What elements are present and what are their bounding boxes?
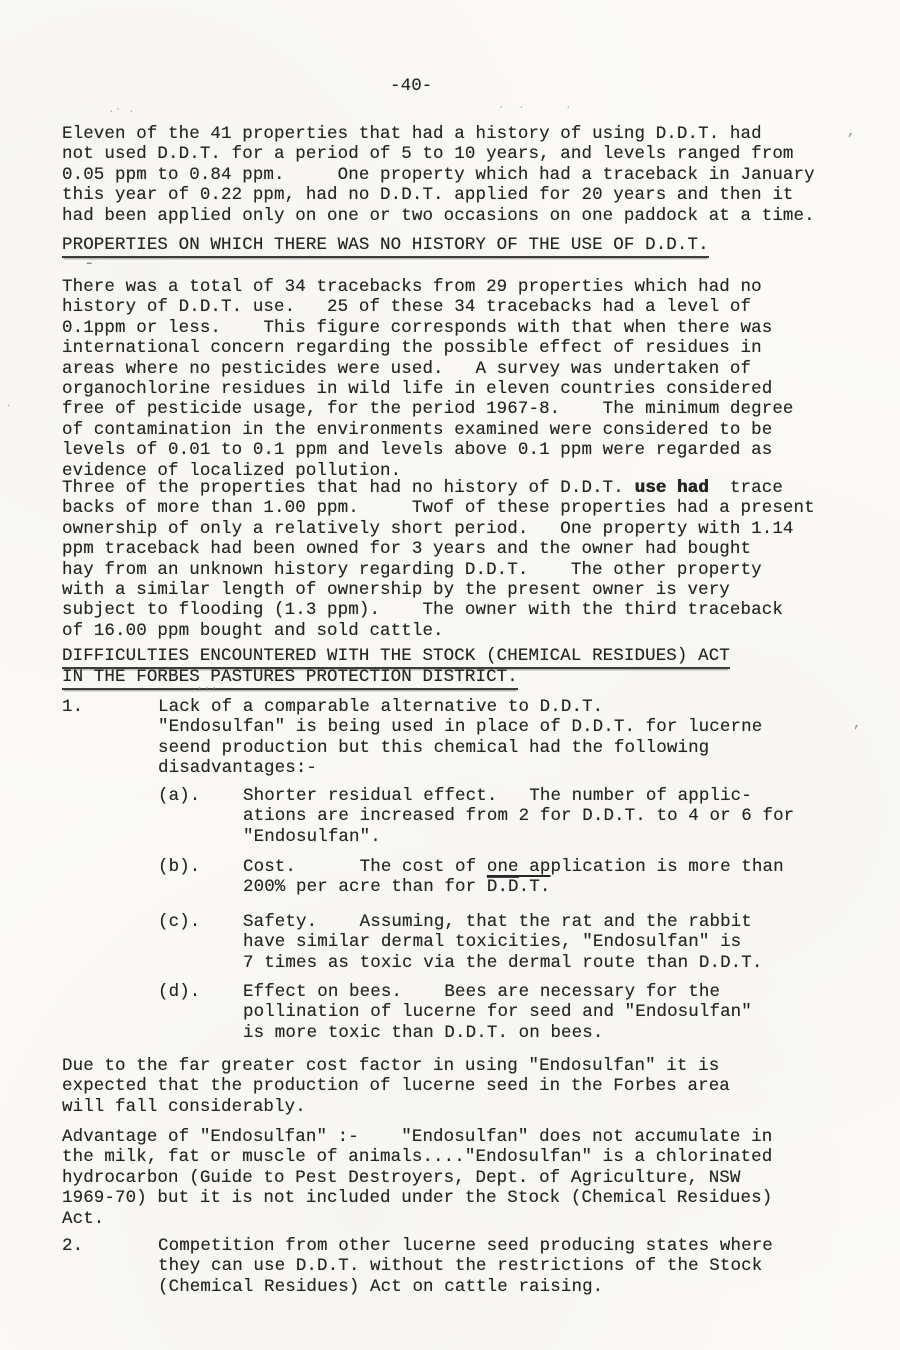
sub-item-d-body: Effect on bees. Bees are necessary for t… xyxy=(243,982,752,1043)
list-item-2-body: Competition from other lucerne seed prod… xyxy=(158,1236,773,1297)
section-heading-difficulties-line1-text: DIFFICULTIES ENCOUNTERED WITH THE STOCK … xyxy=(62,646,730,669)
section-heading-difficulties-line1: DIFFICULTIES ENCOUNTERED WITH THE STOCK … xyxy=(62,646,730,666)
section-heading-no-history: PROPERTIES ON WHICH THERE WAS NO HISTORY… xyxy=(62,235,709,255)
sub-item-b-label: (b). xyxy=(158,857,200,877)
paragraph-three-properties-rest: backs of more than 1.00 ppm. Twof of the… xyxy=(62,498,815,640)
overstruck-words: use had xyxy=(635,478,709,498)
paragraph-endosulfan-advantage: Advantage of "Endosulfan" :- "Endosulfan… xyxy=(62,1127,772,1229)
sub-item-a-body: Shorter residual effect. The number of a… xyxy=(243,786,794,847)
scan-tick-right-mid: ’ xyxy=(852,722,861,742)
scan-dots-top-right: . . . xyxy=(498,96,572,116)
sub-item-c-label: (c). xyxy=(158,912,200,932)
section-heading-difficulties-line2-text: IN THE FORBES PASTURES PROTECTION DISTRI… xyxy=(62,667,518,690)
stray-dash-mark: - xyxy=(84,254,95,274)
sub-item-c-body: Safety. Assuming, that the rat and the r… xyxy=(243,912,762,973)
sub-item-b-cost-text: Cost. The cost of xyxy=(243,857,487,877)
scan-dot-left-edge: · xyxy=(5,396,12,416)
underlined-word-one: one xyxy=(487,857,519,878)
scan-dots-above-item1: ···˙ xyxy=(196,678,225,698)
paragraph-three-properties: Three of the properties that had no hist… xyxy=(62,478,815,641)
section-heading-no-history-text: PROPERTIES ON WHICH THERE WAS NO HISTORY… xyxy=(62,235,709,258)
paragraph-tracebacks-survey: There was a total of 34 tracebacks from … xyxy=(62,277,794,481)
scan-tick-right-top: ’ xyxy=(846,130,855,150)
scan-dots-top-left: .· . xyxy=(108,100,135,120)
list-item-2-number: 2. xyxy=(62,1236,83,1256)
section-heading-difficulties-line2: IN THE FORBES PASTURES PROTECTION DISTRI… xyxy=(62,667,518,687)
scanned-document-page: -40- Eleven of the 41 properties that ha… xyxy=(0,0,900,1350)
paragraph-ddt-usage-history: Eleven of the 41 properties that had a h… xyxy=(62,124,815,226)
list-item-1-body: Lack of a comparable alternative to D.D.… xyxy=(158,697,762,779)
paragraph-three-properties-linebreak: trace xyxy=(709,478,783,498)
sub-item-a-label: (a). xyxy=(158,786,200,806)
overlined-ddt: D.D.T. xyxy=(487,877,551,897)
sub-item-d-label: (d). xyxy=(158,982,200,1002)
paragraph-cost-factor: Due to the far greater cost factor in us… xyxy=(62,1056,730,1117)
list-item-1-number: 1. xyxy=(62,697,83,717)
page-number: -40- xyxy=(390,76,432,96)
sub-item-b-body: Cost. The cost of one application is mor… xyxy=(243,857,784,898)
paragraph-three-properties-start: Three of the properties that had no hist… xyxy=(62,478,635,498)
